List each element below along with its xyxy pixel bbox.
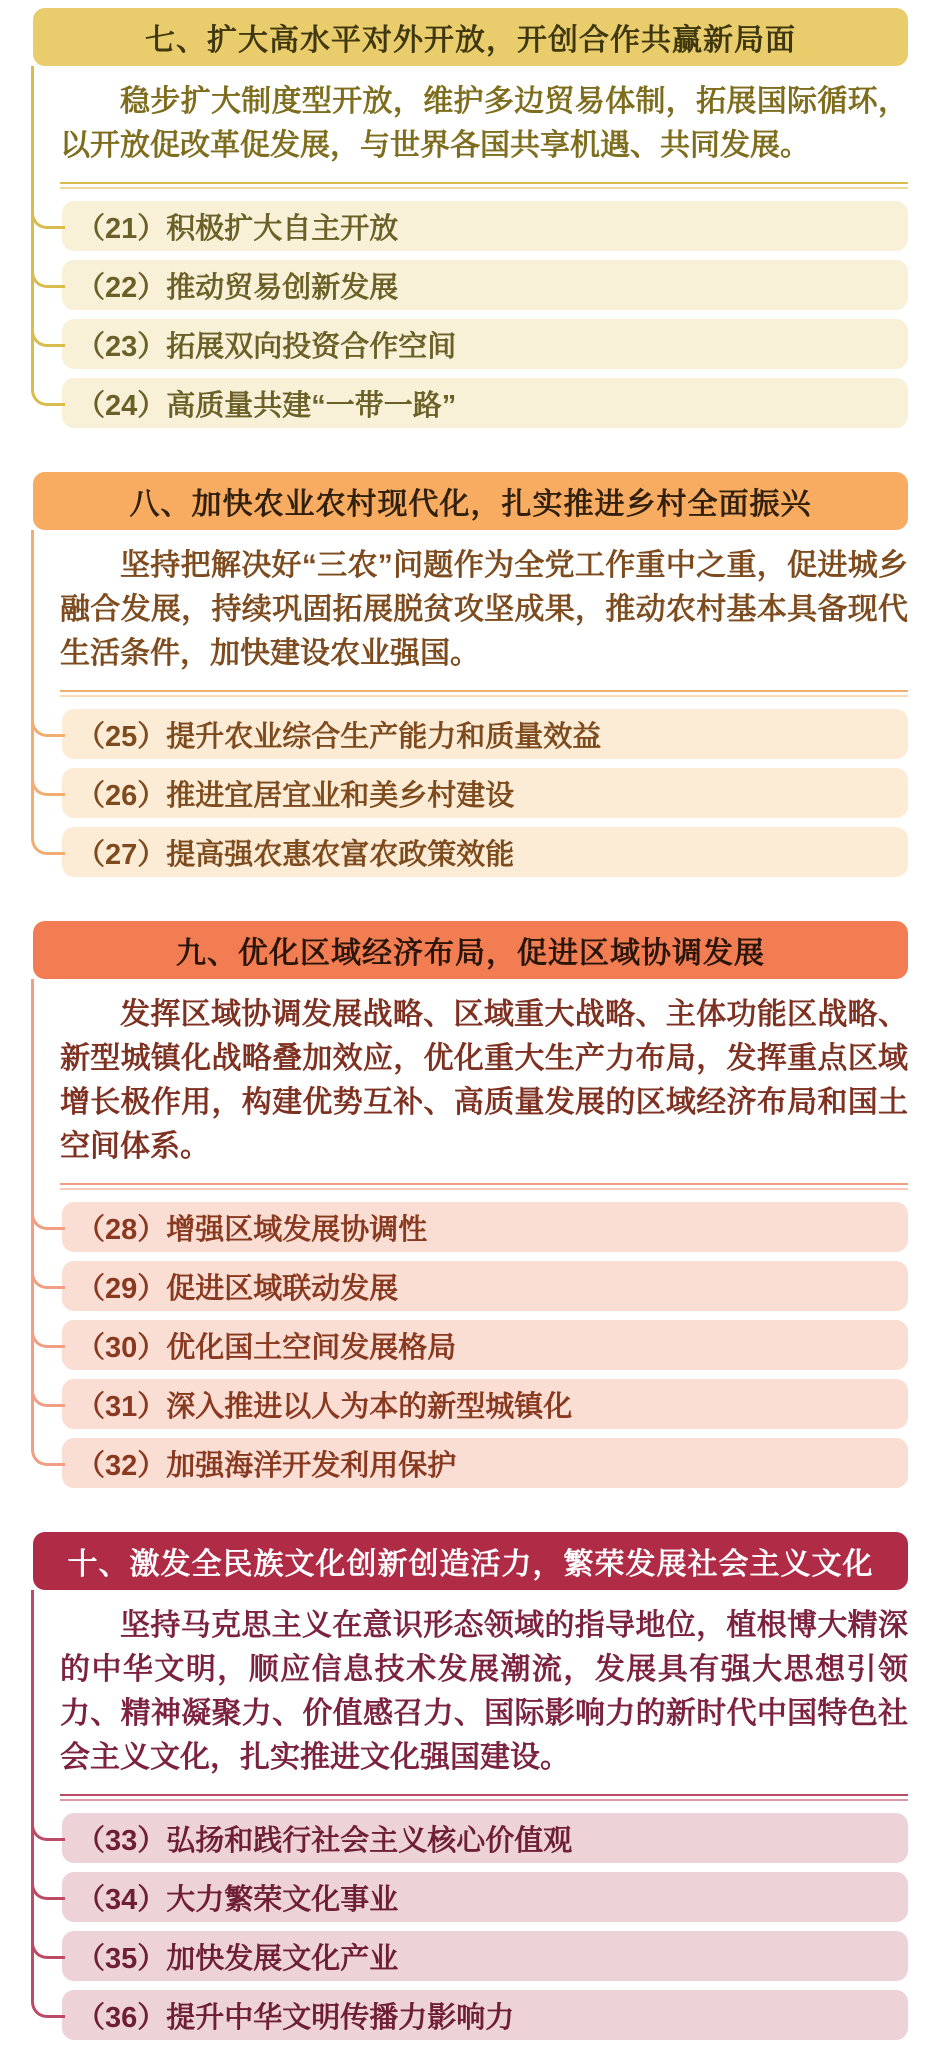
section-8-content: 坚持把解决好“三农”问题作为全党工作重中之重，促进城乡融合发展，持续巩固拓展脱贫… — [33, 530, 908, 877]
outline-item-36: （36）提升中华文明传播力影响力 — [62, 1990, 908, 2040]
outline-item-33: （33）弘扬和践行社会主义核心价值观 — [62, 1813, 908, 1863]
section-9: 九、优化区域经济布局，促进区域协调发展 发挥区域协调发展战略、区域重大战略、主体… — [33, 921, 908, 1488]
outline-item-32: （32）加强海洋开发利用保护 — [62, 1438, 908, 1488]
outline-item-29: （29）促进区域联动发展 — [62, 1261, 908, 1311]
separator-line — [60, 690, 908, 697]
outline-item-30: （30）优化国土空间发展格局 — [62, 1320, 908, 1370]
section-8-title: 八、加快农业农村现代化，扎实推进乡村全面振兴 — [33, 472, 908, 530]
section-8-items: （25）提升农业综合生产能力和质量效益 （26）推进宜居宜业和美乡村建设 （27… — [33, 709, 908, 877]
outline-item-35: （35）加快发展文化产业 — [62, 1931, 908, 1981]
section-9-content: 发挥区域协调发展战略、区域重大战略、主体功能区战略、新型城镇化战略叠加效应，优化… — [33, 979, 908, 1488]
section-8: 八、加快农业农村现代化，扎实推进乡村全面振兴 坚持把解决好“三农”问题作为全党工… — [33, 472, 908, 877]
section-10-title: 十、激发全民族文化创新创造活力，繁荣发展社会主义文化 — [33, 1532, 908, 1590]
outline-item-28: （28）增强区域发展协调性 — [62, 1202, 908, 1252]
outline-item-23: （23）拓展双向投资合作空间 — [62, 319, 908, 369]
section-8-summary: 坚持把解决好“三农”问题作为全党工作重中之重，促进城乡融合发展，持续巩固拓展脱贫… — [60, 544, 908, 676]
separator-line — [60, 182, 908, 189]
section-7: 七、扩大高水平对外开放，开创合作共赢新局面 稳步扩大制度型开放，维护多边贸易体制… — [33, 8, 908, 428]
separator-line — [60, 1183, 908, 1190]
section-10-items: （33）弘扬和践行社会主义核心价值观 （34）大力繁荣文化事业 （35）加快发展… — [33, 1813, 908, 2040]
outline-poster: 七、扩大高水平对外开放，开创合作共赢新局面 稳步扩大制度型开放，维护多边贸易体制… — [0, 0, 933, 2040]
section-7-title: 七、扩大高水平对外开放，开创合作共赢新局面 — [33, 8, 908, 66]
section-9-title: 九、优化区域经济布局，促进区域协调发展 — [33, 921, 908, 979]
section-10-content: 坚持马克思主义在意识形态领域的指导地位，植根博大精深的中华文明，顺应信息技术发展… — [33, 1590, 908, 2040]
outline-item-27: （27）提高强农惠农富农政策效能 — [62, 827, 908, 877]
outline-item-24: （24）高质量共建“一带一路” — [62, 378, 908, 428]
section-7-summary: 稳步扩大制度型开放，维护多边贸易体制，拓展国际循环，以开放促改革促发展，与世界各… — [60, 80, 908, 168]
outline-item-31: （31）深入推进以人为本的新型城镇化 — [62, 1379, 908, 1429]
outline-item-22: （22）推动贸易创新发展 — [62, 260, 908, 310]
section-9-items: （28）增强区域发展协调性 （29）促进区域联动发展 （30）优化国土空间发展格… — [33, 1202, 908, 1488]
section-9-summary: 发挥区域协调发展战略、区域重大战略、主体功能区战略、新型城镇化战略叠加效应，优化… — [60, 993, 908, 1169]
outline-item-26: （26）推进宜居宜业和美乡村建设 — [62, 768, 908, 818]
outline-item-25: （25）提升农业综合生产能力和质量效益 — [62, 709, 908, 759]
section-10-summary: 坚持马克思主义在意识形态领域的指导地位，植根博大精深的中华文明，顺应信息技术发展… — [60, 1604, 908, 1780]
outline-item-34: （34）大力繁荣文化事业 — [62, 1872, 908, 1922]
section-10: 十、激发全民族文化创新创造活力，繁荣发展社会主义文化 坚持马克思主义在意识形态领… — [33, 1532, 908, 2040]
section-7-content: 稳步扩大制度型开放，维护多边贸易体制，拓展国际循环，以开放促改革促发展，与世界各… — [33, 66, 908, 428]
outline-item-21: （21）积极扩大自主开放 — [62, 201, 908, 251]
section-7-items: （21）积极扩大自主开放 （22）推动贸易创新发展 （23）拓展双向投资合作空间… — [33, 201, 908, 428]
separator-line — [60, 1794, 908, 1801]
